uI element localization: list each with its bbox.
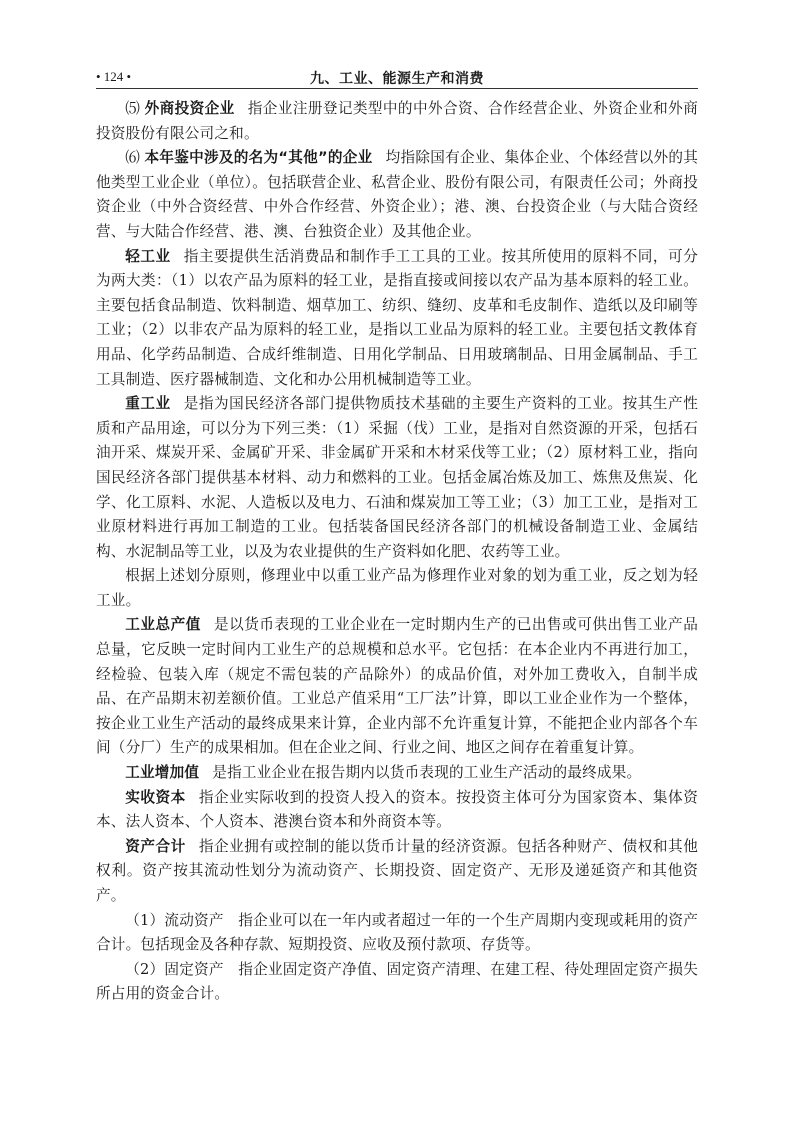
subterm-label: 流动资产 bbox=[164, 912, 223, 929]
paragraph-value-added: 工业增加值是指工业企业在报告期内以货币表现的工业生产活动的最终成果。 bbox=[96, 761, 698, 786]
paragraph-paid-in-capital: 实收资本指企业实际收到的投资人投入的资本。按投资主体可分为国家资本、集体资本、法… bbox=[96, 786, 698, 835]
paragraph-foreign-investment: ⑸外商投资企业指企业注册登记类型中的中外合资、合作经营企业、外资企业和外商投资股… bbox=[96, 97, 698, 146]
paragraph-current-assets: （1）流动资产指企业可以在一年内或者超过一年的一个生产周期内变现或耗用的资产合计… bbox=[96, 909, 698, 958]
paragraph-gross-output: 工业总产值是以货币表现的工业企业在一定时期内生产的已出售或可供出售工业产品总量，… bbox=[96, 613, 698, 761]
page-header: • 124 • 九、工业、能源生产和消费 bbox=[96, 66, 698, 89]
term-heading: 本年鉴中涉及的名为“其他”的企业 bbox=[144, 149, 372, 166]
paragraph-light-industry: 轻工业指主要提供生活消费品和制作手工工具的工业。按其所使用的原料不同，可分为两大… bbox=[96, 245, 698, 393]
definition-text: 指企业拥有或控制的能以货币计量的经济资源。包括各种财产、债权和其他权利。资产按其… bbox=[96, 838, 698, 904]
term-heading: 重工业 bbox=[125, 395, 170, 412]
term-heading: 资产合计 bbox=[125, 838, 186, 855]
term-heading: 实收资本 bbox=[125, 789, 186, 806]
definition-text: 是以货币表现的工业企业在一定时期内生产的已出售或可供出售工业产品总量，它反映一定… bbox=[96, 616, 698, 756]
definition-text: 是指为国民经济各部门提供物质技术基础的主要生产资料的工业。按其生产性质和产品用途… bbox=[96, 395, 698, 560]
item-number: （2） bbox=[125, 961, 164, 978]
paragraph-other-enterprises: ⑹本年鉴中涉及的名为“其他”的企业均指除国有企业、集体企业、个体经营以外的其他类… bbox=[96, 146, 698, 244]
item-number: ⑹ bbox=[125, 149, 140, 166]
definition-text: 是指工业企业在报告期内以货币表现的工业生产活动的最终成果。 bbox=[212, 764, 641, 781]
paragraph-heavy-industry: 重工业是指为国民经济各部门提供物质技术基础的主要生产资料的工业。按其生产性质和产… bbox=[96, 392, 698, 564]
definition-text: 指主要提供生活消费品和制作手工工具的工业。按其所使用的原料不同，可分为两大类：（… bbox=[96, 248, 698, 388]
paragraph-classification-rule: 根据上述划分原则，修理业中以重工业产品为修理作业对象的划为重工业，反之划为轻工业… bbox=[96, 564, 698, 613]
term-heading: 外商投资企业 bbox=[145, 100, 235, 117]
term-heading: 轻工业 bbox=[125, 248, 170, 265]
definition-text: 根据上述划分原则，修理业中以重工业产品为修理作业对象的划为重工业，反之划为轻工业… bbox=[96, 567, 698, 609]
item-number: ⑸ bbox=[125, 100, 140, 117]
definition-text: 指企业实际收到的投资人投入的资本。按投资主体可分为国家资本、集体资本、法人资本、… bbox=[96, 789, 698, 831]
running-title: 九、工业、能源生产和消费 bbox=[96, 68, 698, 88]
paragraph-fixed-assets: （2）固定资产指企业固定资产净值、固定资产清理、在建工程、待处理固定资产损失所占… bbox=[96, 958, 698, 1007]
term-heading: 工业总产值 bbox=[125, 616, 201, 633]
document-body: ⑸外商投资企业指企业注册登记类型中的中外合资、合作经营企业、外资企业和外商投资股… bbox=[96, 97, 698, 1007]
term-heading: 工业增加值 bbox=[125, 764, 199, 781]
paragraph-total-assets: 资产合计指企业拥有或控制的能以货币计量的经济资源。包括各种财产、债权和其他权利。… bbox=[96, 835, 698, 909]
subterm-label: 固定资产 bbox=[164, 961, 223, 978]
item-number: （1） bbox=[125, 912, 164, 929]
